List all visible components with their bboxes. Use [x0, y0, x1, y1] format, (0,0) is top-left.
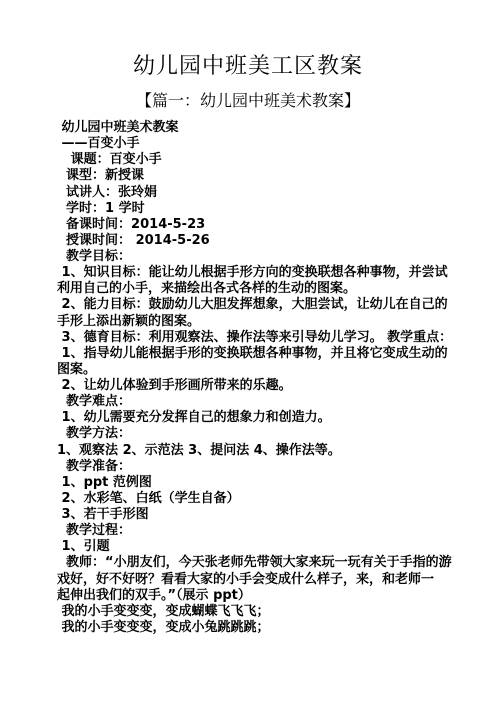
- text-line: 利用自己的小手，来描绘出各式各样的生动的图案。: [57, 281, 441, 297]
- text-line: 1、知识目标：能让幼儿根据手形方向的变换联想各种事物，并尝试: [57, 265, 441, 281]
- text-line: 2、水彩笔、白纸（学生自备）: [57, 491, 441, 507]
- text-line: 1、幼儿需要充分发挥自己的想象力和创造力。: [57, 410, 441, 426]
- text-line: 教学方法：: [57, 426, 441, 442]
- text-line: 2、让幼儿体验到手形画所带来的乐趣。: [57, 378, 441, 394]
- text-line: 幼儿园中班美术教案: [57, 120, 441, 136]
- text-line: 我的小手变变变，变成小兔跳跳跳；: [57, 620, 441, 636]
- text-line: 1、指导幼儿能根据手形的变换联想各种事物，并且将它变成生动的: [57, 346, 441, 362]
- text-line: 学时：1 学时: [57, 201, 441, 217]
- text-line: 3、德育目标：利用观察法、操作法等来引导幼儿学习。 教学重点：: [57, 330, 441, 346]
- text-line: 3、若干手形图: [57, 507, 441, 523]
- section-heading: 【篇一：幼儿园中班美术教案】: [0, 90, 496, 112]
- text-line: 2、能力目标：鼓励幼儿大胆发挥想象，大胆尝试，让幼儿在自己的: [57, 297, 441, 313]
- text-line: 授课时间： 2014-5-26: [57, 233, 441, 249]
- text-line: 教学过程：: [57, 523, 441, 539]
- text-line: 戏好，好不好呀？看看大家的小手会变成什么样子，来，和老师一: [57, 572, 441, 588]
- text-line: 教学准备：: [57, 459, 441, 475]
- text-line: 手形上添出新颖的图案。: [57, 314, 441, 330]
- text-line: 起伸出我们的双手。”（展示 ppt）: [57, 588, 441, 604]
- document-page: 幼儿园中班美工区教案 【篇一：幼儿园中班美术教案】 幼儿园中班美术教案 ——百变…: [0, 0, 496, 702]
- text-line: 1、观察法 2、示范法 3、提问法 4、操作法等。: [57, 443, 441, 459]
- document-title: 幼儿园中班美工区教案: [0, 52, 496, 82]
- text-line: 1、ppt 范例图: [57, 475, 441, 491]
- text-line: 试讲人：张玲娟: [57, 185, 441, 201]
- document-body: 幼儿园中班美术教案 ——百变小手 课题：百变小手 课型：新授课 试讲人：张玲娟 …: [57, 120, 441, 636]
- text-line: 1、引题: [57, 539, 441, 555]
- text-line: 课题：百变小手: [57, 152, 441, 168]
- text-line: 我的小手变变变，变成蝴蝶飞飞飞；: [57, 604, 441, 620]
- text-line: 教学难点：: [57, 394, 441, 410]
- text-line: 图案。: [57, 362, 441, 378]
- text-line: 课型：新授课: [57, 168, 441, 184]
- text-line: 教师：“小朋友们，今天张老师先带领大家来玩一玩有关于手指的游: [57, 555, 441, 571]
- text-line: ——百变小手: [57, 136, 441, 152]
- text-line: 教学目标：: [57, 249, 441, 265]
- text-line: 备课时间：2014-5-23: [57, 217, 441, 233]
